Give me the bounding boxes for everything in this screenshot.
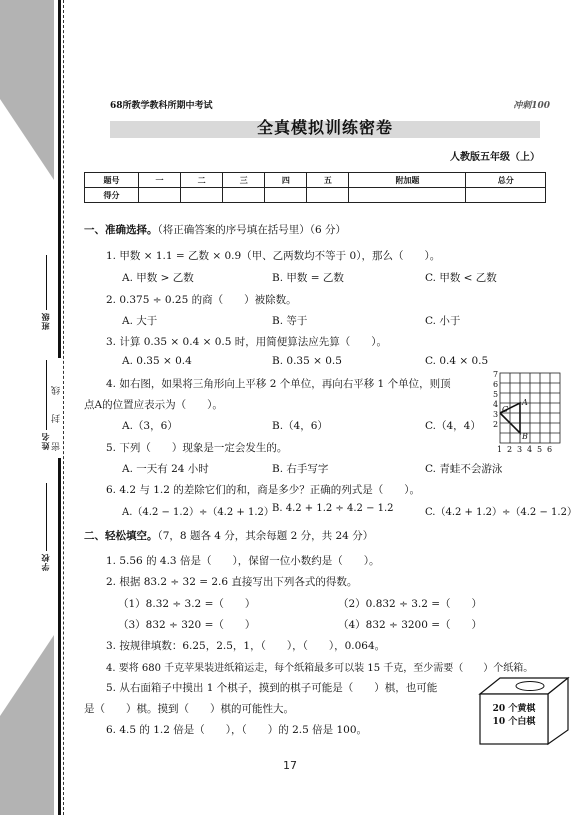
question-stem: 5. 下列（ ）现象是一定会发生的。 <box>106 440 287 455</box>
name-blank-line[interactable] <box>46 360 47 430</box>
school-blank-line[interactable] <box>46 483 47 551</box>
option-c[interactable]: C. 甲数 < 乙数 <box>425 270 497 285</box>
svg-text:3: 3 <box>493 410 498 419</box>
question-stem: 1. 5.56 的 4.3 倍是（ ），保留一位小数约是（ ）。 <box>106 553 379 568</box>
question-stem: 4. 如右图，如果将三角形向上平移 2 个单位，再向右平移 1 个单位，则顶 <box>106 376 451 391</box>
box-label-yellow: 20 个黄棋 <box>480 703 548 716</box>
svg-text:C: C <box>502 405 508 414</box>
class-blank-line[interactable] <box>46 255 47 310</box>
score-table-header-row: 题号 一 二 三 四 五 附加题 总分 <box>85 173 546 188</box>
option-b[interactable]: B. 右手写字 <box>272 461 328 476</box>
svg-text:1: 1 <box>497 445 502 454</box>
svg-text:A: A <box>521 398 528 407</box>
question-stem: 6. 4.5 的 1.2 倍是（ ），（ ）的 2.5 倍是 100。 <box>106 722 367 737</box>
option-a[interactable]: A.（4.2 − 1.2）÷（4.2 + 1.2） <box>122 503 274 518</box>
question-stem: 1. 甲数 × 1.1 = 乙数 × 0.9（甲、乙两数均不等于 0），那么（ … <box>106 248 440 263</box>
svg-text:2: 2 <box>507 445 512 454</box>
sub-question[interactable]: （3）832 ÷ 320 =（ ） <box>118 617 255 632</box>
score-input-cell[interactable] <box>223 188 265 203</box>
option-b[interactable]: B.（4，6） <box>272 418 328 433</box>
option-a[interactable]: A. 大于 <box>122 313 157 328</box>
question-stem-continued: 点A的位置应表示为（ ）。 <box>84 397 223 412</box>
margin-gray-decoration-top <box>0 0 54 180</box>
option-b[interactable]: B. 甲数 = 乙数 <box>272 270 344 285</box>
cut-dashed-line <box>63 0 64 815</box>
margin-gray-decoration-bottom <box>0 635 54 815</box>
option-c[interactable]: C. 0.4 × 0.5 <box>425 355 488 367</box>
table-cell: 附加题 <box>349 173 466 188</box>
box-label: 20 个黄棋 10 个白棋 <box>480 703 548 729</box>
option-b[interactable]: B. 0.35 × 0.5 <box>272 355 342 367</box>
option-a[interactable]: A. 0.35 × 0.4 <box>122 355 192 367</box>
section2-title: 二、轻松填空。 <box>84 530 158 542</box>
question-stem: 6. 4.2 与 1.2 的差除它们的和，商是多少？正确的列式是（ ）。 <box>106 482 420 497</box>
table-cell: 题号 <box>85 173 139 188</box>
svg-text:4: 4 <box>527 445 532 454</box>
question-stem: 3. 计算 0.35 × 0.4 × 0.5 时，用简便算法应先算（ ）。 <box>106 334 387 349</box>
svg-text:B: B <box>521 432 528 441</box>
section1-title: 一、准确选择。 <box>84 224 158 236</box>
table-cell: 三 <box>223 173 265 188</box>
question-stem: 2. 根据 83.2 ÷ 32 = 2.6 直接写出下列各式的得数。 <box>106 574 357 589</box>
svg-text:4: 4 <box>493 400 498 409</box>
section1-note: （将正确答案的序号填在括号里）（6 分） <box>158 224 347 236</box>
edition-label: 人教版五年级（上） <box>450 148 540 163</box>
question-stem-continued: 是（ ）棋。摸到（ ）棋的可能性大。 <box>84 701 294 716</box>
table-cell: 一 <box>139 173 181 188</box>
svg-text:3: 3 <box>517 445 522 454</box>
chess-box-figure: 20 个黄棋 10 个白棋 <box>470 672 578 748</box>
score-table-score-row: 得分 <box>85 188 546 203</box>
class-label: 班级 <box>39 312 50 330</box>
option-a[interactable]: A.（3，6） <box>122 418 178 433</box>
svg-text:2: 2 <box>493 420 498 429</box>
question-stem: 3. 按规律填数：6.25，2.5，1，（ ），（ ），0.064。 <box>106 638 385 653</box>
option-c[interactable]: C. 小于 <box>425 313 460 328</box>
section1-heading: 一、准确选择。（将正确答案的序号填在括号里）（6 分） <box>84 222 346 237</box>
coordinate-grid-figure: 765 432 123 456 A B C <box>484 368 580 458</box>
section2-heading: 二、轻松填空。（7，8 题各 4 分，其余每题 2 分，共 24 分） <box>84 528 373 543</box>
score-input-cell[interactable] <box>349 188 466 203</box>
table-cell: 得分 <box>85 188 139 203</box>
option-c[interactable]: C.（4，4） <box>425 418 481 433</box>
school-label: 学校 <box>39 553 50 571</box>
svg-text:5: 5 <box>537 445 542 454</box>
table-cell: 总分 <box>466 173 546 188</box>
table-cell: 二 <box>181 173 223 188</box>
score-input-cell[interactable] <box>181 188 223 203</box>
brand-logo: 冲刺100 <box>513 98 550 111</box>
option-a[interactable]: A. 一天有 24 小时 <box>122 461 209 476</box>
score-input-cell[interactable] <box>139 188 181 203</box>
score-input-cell[interactable] <box>307 188 349 203</box>
question-stem: 5. 从右面箱子中摸出 1 个棋子，摸到的棋子可能是（ ）棋，也可能 <box>106 680 437 695</box>
score-input-cell[interactable] <box>265 188 307 203</box>
svg-text:5: 5 <box>493 390 498 399</box>
section2-note: （7，8 题各 4 分，其余每题 2 分，共 24 分） <box>158 530 374 542</box>
exam-source: 68所教学教科所期中考试 <box>110 98 213 111</box>
svg-text:6: 6 <box>547 445 552 454</box>
svg-text:6: 6 <box>493 380 498 389</box>
sub-question[interactable]: （2）0.832 ÷ 3.2 =（ ） <box>338 596 482 611</box>
option-b[interactable]: B. 等于 <box>272 313 307 328</box>
box-label-white: 10 个白棋 <box>480 716 548 729</box>
option-a[interactable]: A. 甲数 > 乙数 <box>122 270 194 285</box>
page-number: 17 <box>283 759 297 772</box>
header-bar: 68所教学教科所期中考试 冲刺100 <box>110 97 550 111</box>
score-input-cell[interactable] <box>466 188 546 203</box>
score-table: 题号 一 二 三 四 五 附加题 总分 得分 <box>84 172 546 203</box>
option-b[interactable]: B. 4.2 + 1.2 ÷ 4.2 − 1.2 <box>272 503 394 514</box>
table-cell: 四 <box>265 173 307 188</box>
binding-line-bottom <box>58 458 61 815</box>
option-c[interactable]: C. 青蛙不会游泳 <box>425 461 502 476</box>
binding-line-top <box>58 0 61 358</box>
seal-line-text: 密 封 线 <box>50 378 63 451</box>
sub-question[interactable]: （4）832 ÷ 3200 =（ ） <box>338 617 482 632</box>
name-label: 姓名 <box>39 432 50 450</box>
option-c[interactable]: C.（4.2 + 1.2）÷（4.2 − 1.2） <box>425 503 577 518</box>
sub-question[interactable]: （1）8.32 ÷ 3.2 =（ ） <box>118 596 255 611</box>
svg-text:7: 7 <box>493 370 498 379</box>
page-title: 全真模拟训练密卷 <box>110 115 540 138</box>
question-stem: 2. 0.375 ÷ 0.25 的商（ ）被除数。 <box>106 292 297 307</box>
table-cell: 五 <box>307 173 349 188</box>
